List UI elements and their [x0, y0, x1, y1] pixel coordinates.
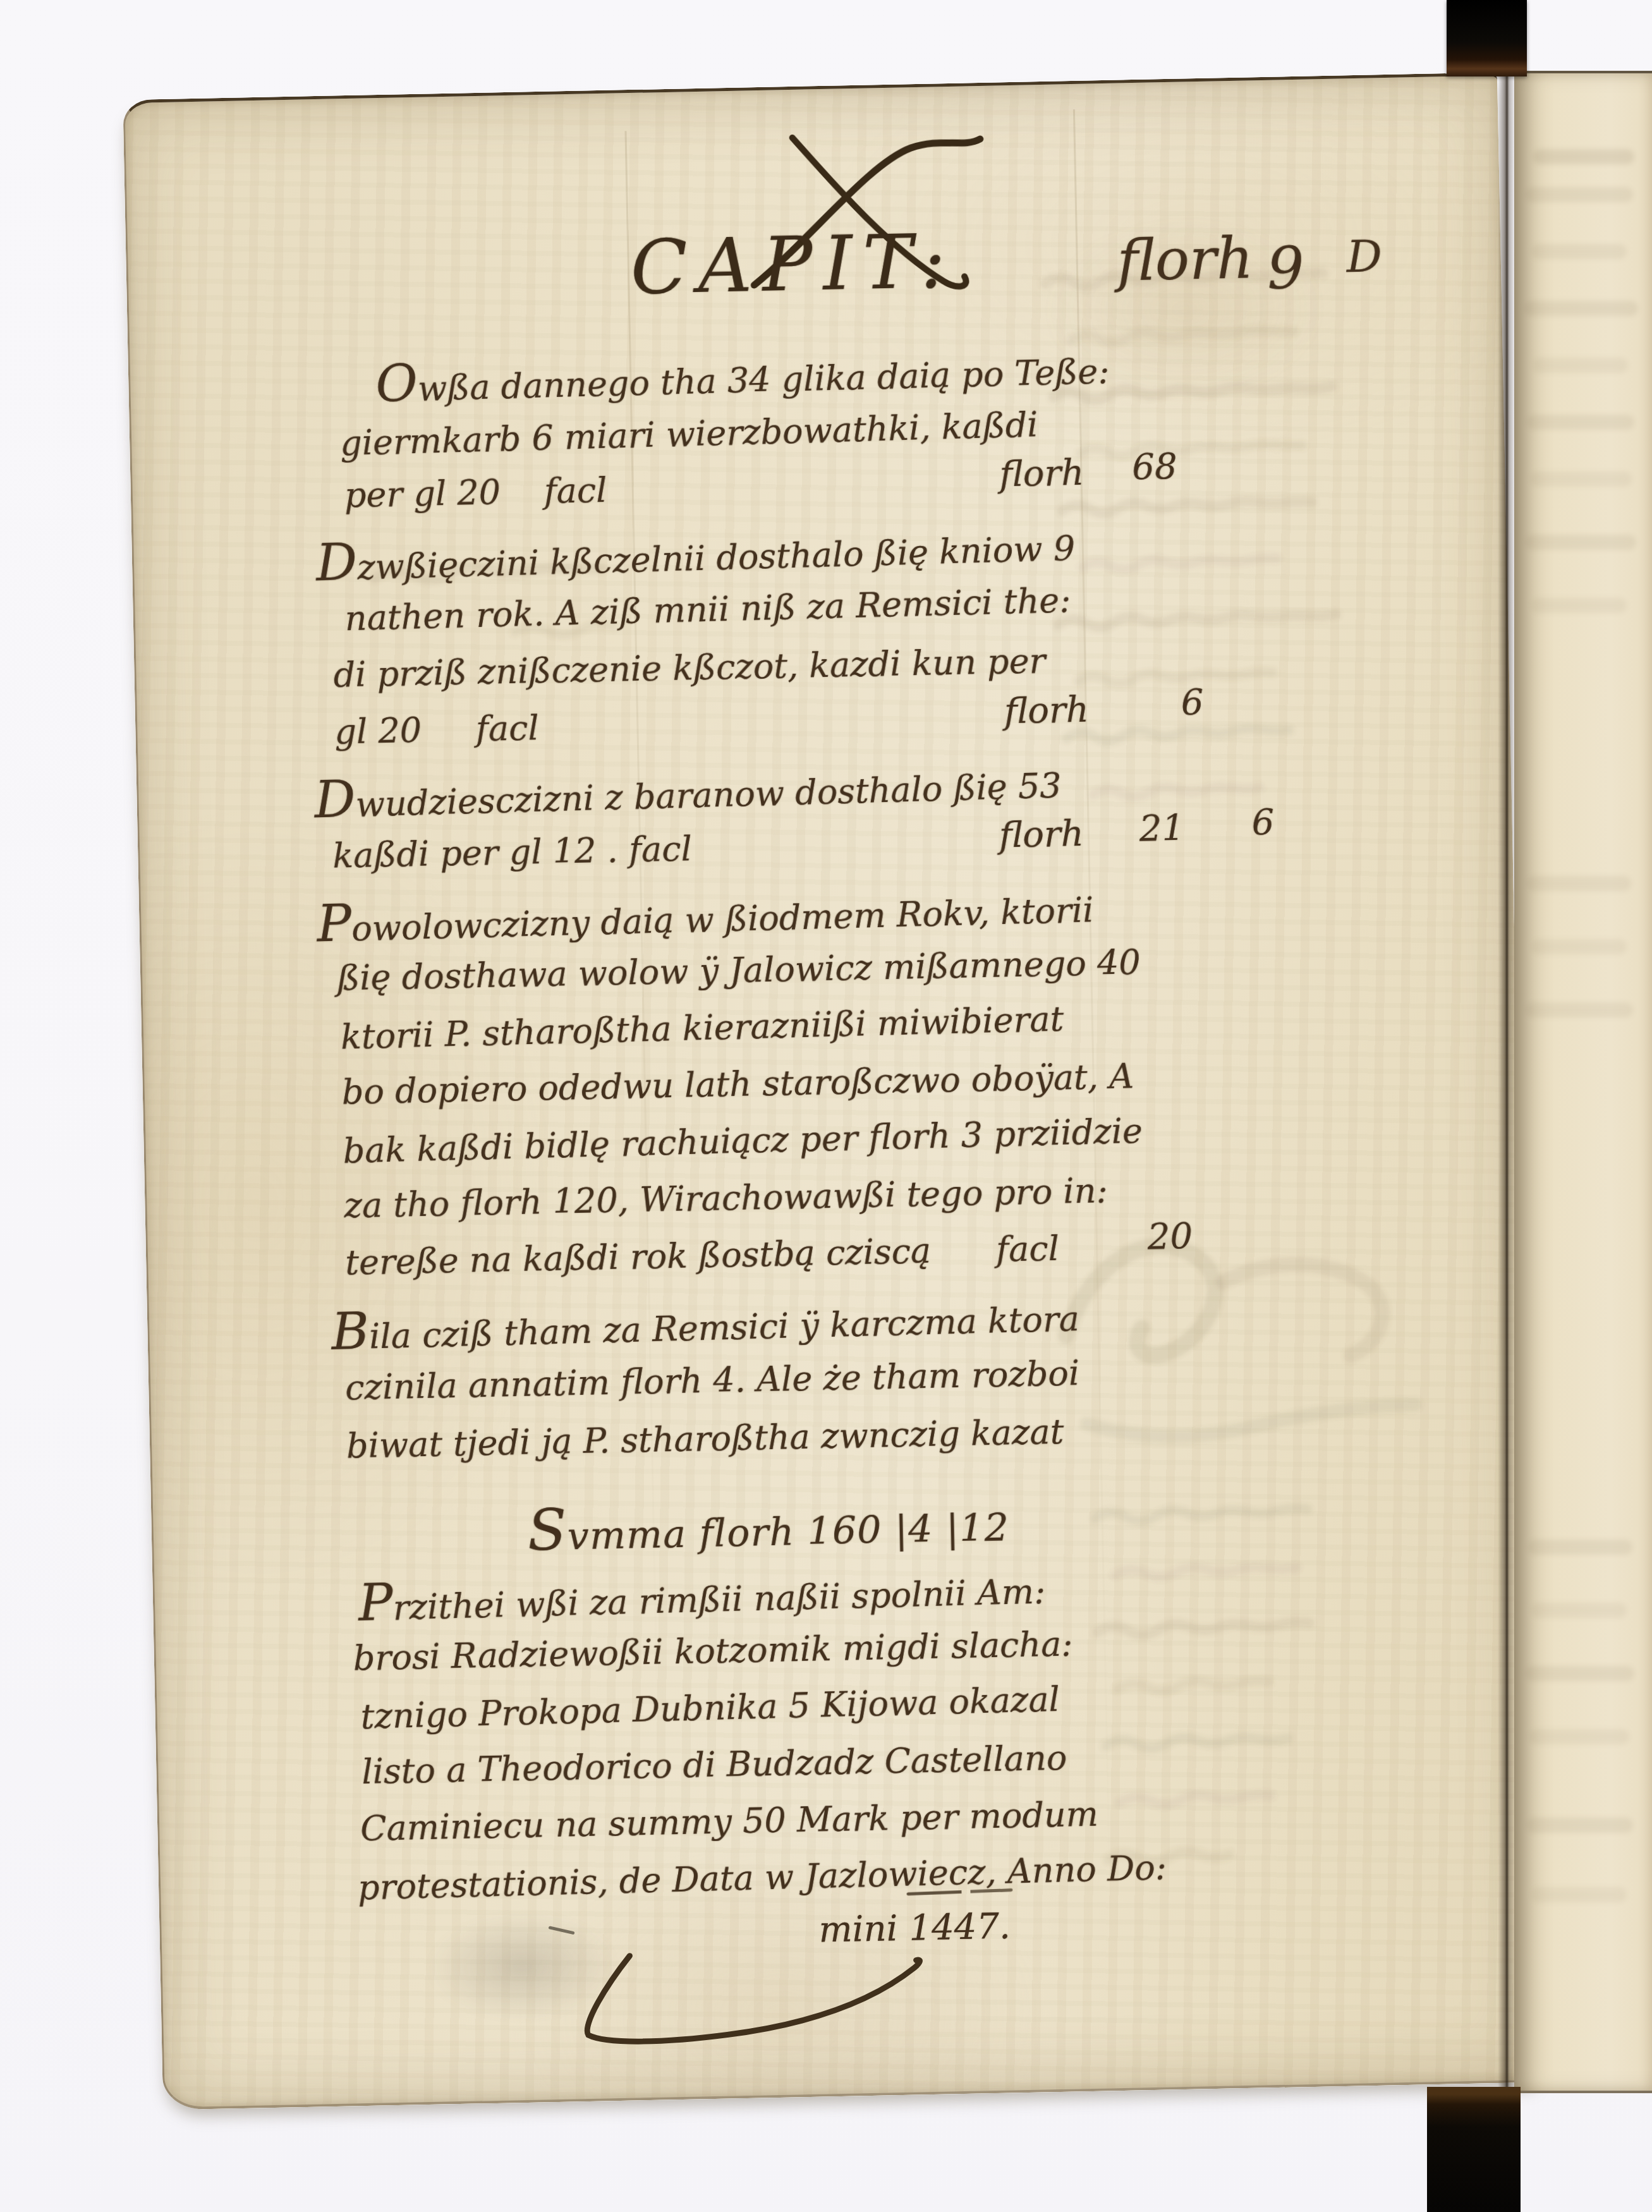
text-line: giermkarb 6 miari wierzbowathki, kaßdi: [339, 406, 1038, 462]
manuscript-page: CAPIT: florh 9 D Owßa dannego tha 34 gli…: [123, 72, 1537, 2110]
text-line: tznigo Prokopa Dubnika 5 Kijowa okazal: [360, 1680, 1060, 1735]
amount-label: florh: [1004, 691, 1089, 731]
text-line: bak kaßdi bidlę rachuiącz per florh 3 pr…: [343, 1112, 1143, 1170]
bleedthrough-row: [1524, 301, 1638, 316]
bleedthrough-row: [1529, 1729, 1629, 1744]
bleedthrough-row: [1532, 244, 1627, 259]
text-line: di prziß znißczenie kßczot, kazdi kun pe…: [333, 642, 1046, 694]
bleedthrough-row: [1532, 939, 1627, 954]
text-line: bo dopiero odedwu lath staroßczwo oboÿat…: [341, 1057, 1134, 1111]
bleedthrough-row: [1526, 535, 1636, 550]
text-line: biwat tjedi ją P. stharoßtha zwnczig kaz…: [346, 1413, 1064, 1465]
text-line: brosi Radziewoßii kotzomik migdi slacha:: [353, 1625, 1073, 1677]
amount-value: 20: [1147, 1217, 1193, 1257]
text-line: listo a Theodorico di Budzadz Castellano: [361, 1739, 1067, 1791]
text-line: kaßdi per gl 12 . facl: [332, 830, 692, 875]
amount-value: 6: [1251, 803, 1275, 842]
text-line: za tho florh 120, Wirachowawßi tego pro …: [344, 1172, 1108, 1225]
flourish-swoosh-icon: [566, 1942, 935, 2060]
column-header-floren: florh: [1117, 227, 1254, 292]
text-line: czinila annatim florh 4. Ale że tham roz…: [345, 1354, 1080, 1407]
text-line: Przithei wßi za rimßii naßii spolnii Am:: [358, 1567, 1046, 1627]
page-title: CAPIT:: [629, 221, 956, 309]
summa-line: Svmma florh 160 |4 |12: [527, 1500, 1010, 1558]
text-line: Bila cziß tham za Remsici ÿ karczma ktor…: [331, 1294, 1080, 1356]
ink-dash: [549, 1926, 575, 1935]
text-line: ktorii P. stharoßtha kierazniißi miwibie…: [340, 1000, 1064, 1056]
text-line: per gl 20 facl: [344, 471, 607, 514]
bleedthrough-row: [1526, 1666, 1634, 1681]
text-line: tereße na kaßdi rok ßostbą cziscą facl: [345, 1230, 1060, 1282]
paper-stain: [980, 173, 1389, 446]
bleedthrough-row: [1526, 187, 1633, 202]
column-header-denarii: D: [1346, 232, 1383, 281]
amount-value: 68: [1132, 447, 1177, 487]
text-line: nathen rok. A ziß mnii niß za Remsici th…: [344, 581, 1071, 637]
binding-clamp-top: [1447, 0, 1527, 76]
bleedthrough-row: [1533, 149, 1634, 164]
text-line: gl 20 facl: [334, 709, 539, 751]
text-line: ßię dosthawa wolow ÿ Jalowicz mißamnego …: [337, 944, 1141, 997]
text-line: Caminiecu na summy 50 Mark per modum: [360, 1796, 1099, 1848]
amount-label: florh: [999, 454, 1084, 494]
text-line: Dwudziesczizni z baranow dosthalo ßię 53: [314, 761, 1062, 824]
amount-label: florh: [999, 815, 1084, 855]
bleedthrough-row: [1533, 358, 1628, 373]
text-line: Powolowczizny daią w ßiodmem Rokv, ktori…: [317, 885, 1094, 948]
bleedthrough-row: [1527, 415, 1634, 430]
paper-stain: [388, 1888, 657, 2045]
bleedthrough-row: [1528, 1540, 1632, 1555]
bleedthrough-row: [1531, 471, 1632, 487]
amount-value: 21: [1139, 809, 1184, 849]
bleedthrough-row: [1527, 1818, 1633, 1833]
scanned-book-photo: CAPIT: florh 9 D Owßa dannego tha 34 gli…: [0, 0, 1652, 2212]
binding-clamp-bottom: [1427, 2087, 1521, 2212]
adjacent-page-edge: [1514, 71, 1652, 2093]
bleedthrough-row: [1532, 1887, 1627, 1902]
text-line: Dzwßięczini kßczelnii dosthalo ßię kniow…: [315, 524, 1076, 588]
amount-value: 6: [1181, 683, 1204, 722]
bleedthrough-row: [1532, 598, 1627, 613]
date-line: mini 1447.: [818, 1907, 1011, 1950]
bleedthrough-row: [1527, 876, 1631, 891]
text-line: Owßa dannego tha 34 glika daią po Teße:: [375, 347, 1110, 409]
column-header-grossi: 9: [1266, 236, 1305, 301]
bleedthrough-row: [1532, 1603, 1627, 1618]
text-line: protestationis, de Data w Jazlowiecz, An…: [357, 1849, 1167, 1907]
bleedthrough-row: [1526, 1002, 1633, 1018]
